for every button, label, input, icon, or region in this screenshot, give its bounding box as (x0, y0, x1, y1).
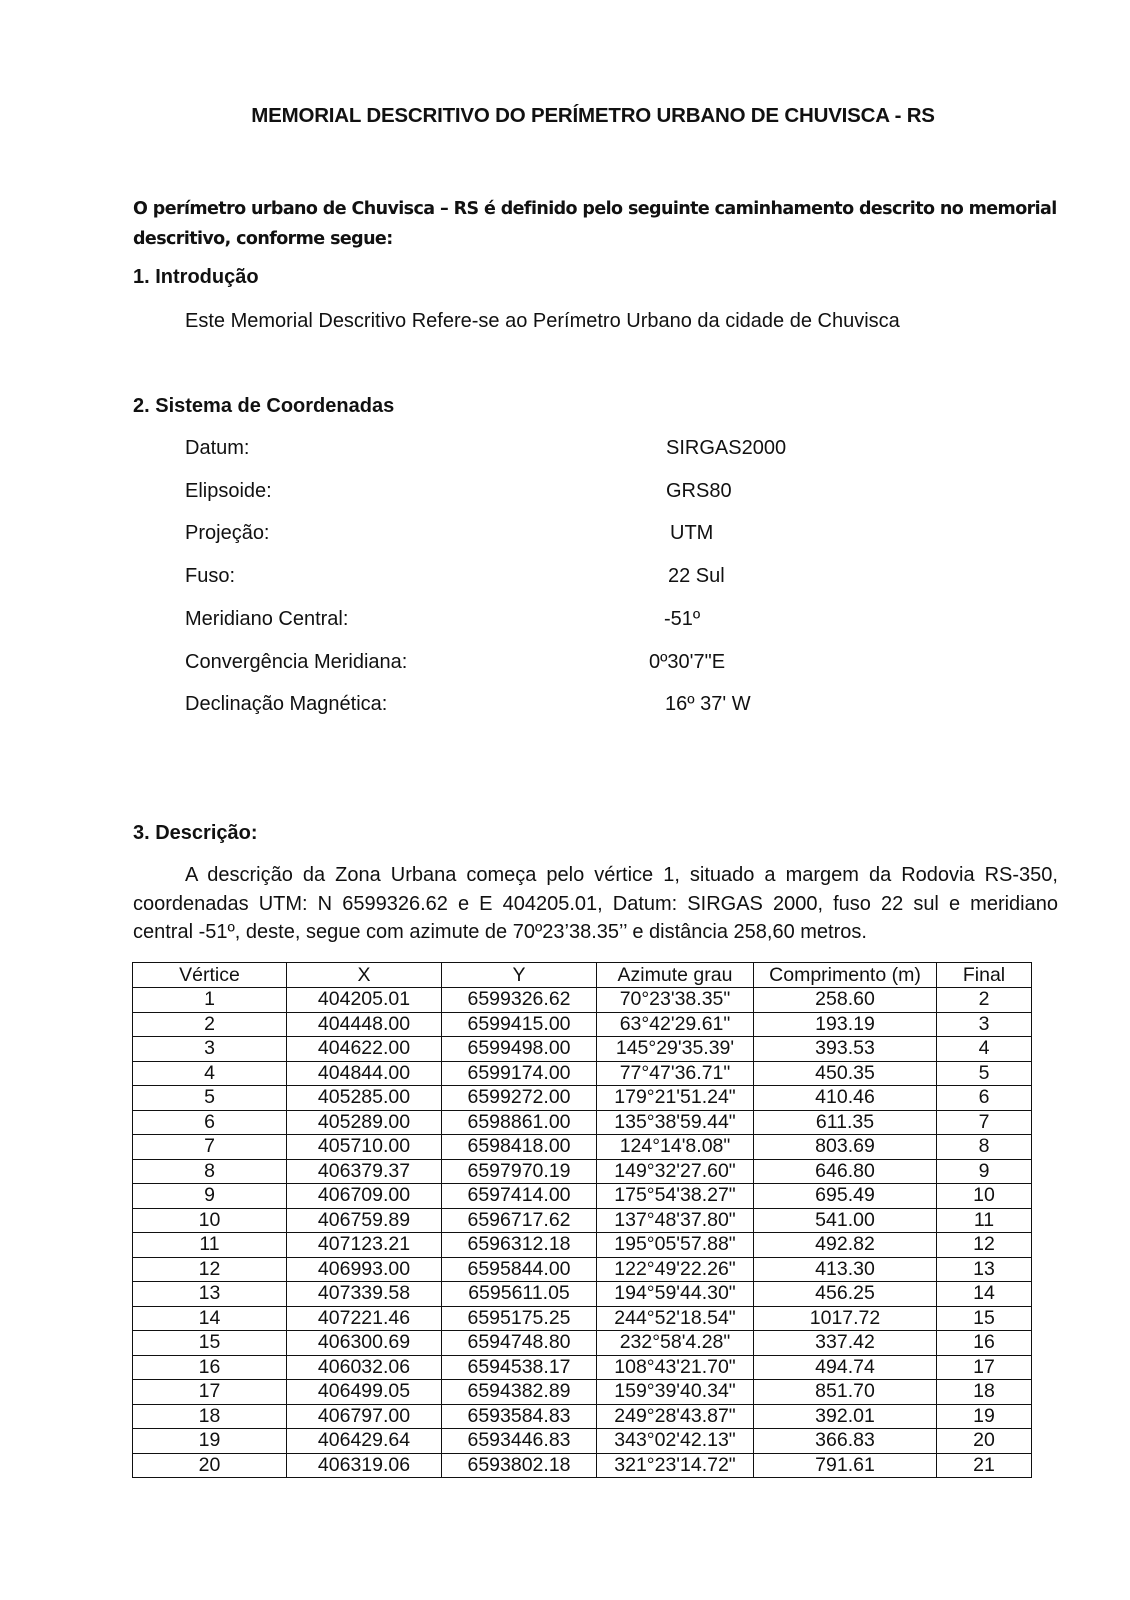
coordinate-value: 16º 37' W (665, 693, 751, 716)
table-cell: 406429.64 (287, 1429, 442, 1454)
document-title: MEMORIAL DESCRITIVO DO PERÍMETRO URBANO … (0, 104, 1130, 128)
table-row: 12406993.006595844.00122°49'22.26"413.30… (133, 1257, 1032, 1282)
table-body: 1404205.016599326.6270°23'38.35"258.6022… (133, 988, 1032, 1478)
table-row: 14407221.466595175.25244°52'18.54"1017.7… (133, 1306, 1032, 1331)
table-cell: 194°59'44.30" (597, 1282, 754, 1307)
section-1-text: Este Memorial Descritivo Refere-se ao Pe… (185, 310, 900, 333)
section-2-heading: 2. Sistema de Coordenadas (133, 395, 394, 418)
table-cell: 159°39'40.34" (597, 1380, 754, 1405)
table-cell: 6598418.00 (442, 1135, 597, 1160)
table-cell: 179°21'51.24" (597, 1086, 754, 1111)
table-cell: 6595175.25 (442, 1306, 597, 1331)
table-cell: 149°32'27.60" (597, 1159, 754, 1184)
table-cell: 6597970.19 (442, 1159, 597, 1184)
table-cell: 17 (133, 1380, 287, 1405)
table-cell: 405285.00 (287, 1086, 442, 1111)
table-row: 3404622.006599498.00145°29'35.39'393.534 (133, 1037, 1032, 1062)
table-cell: 611.35 (754, 1110, 937, 1135)
table-row: 16406032.066594538.17108°43'21.70"494.74… (133, 1355, 1032, 1380)
section-1-heading: 1. Introdução (133, 266, 259, 289)
column-header: Y (442, 963, 597, 988)
table-cell: 7 (133, 1135, 287, 1160)
table-cell: 3 (133, 1037, 287, 1062)
table-cell: 137°48'37.80" (597, 1208, 754, 1233)
table-cell: 6599326.62 (442, 988, 597, 1013)
table-cell: 12 (937, 1233, 1032, 1258)
table-cell: 70°23'38.35" (597, 988, 754, 1013)
table-row: 1404205.016599326.6270°23'38.35"258.602 (133, 988, 1032, 1013)
table-cell: 13 (133, 1282, 287, 1307)
table-cell: 1 (133, 988, 287, 1013)
column-header: Comprimento (m) (754, 963, 937, 988)
table-cell: 6594748.80 (442, 1331, 597, 1356)
table-cell: 450.35 (754, 1061, 937, 1086)
table-cell: 6593446.83 (442, 1429, 597, 1454)
table-row: 13407339.586595611.05194°59'44.30"456.25… (133, 1282, 1032, 1307)
table-cell: 2 (937, 988, 1032, 1013)
coordinate-value: -51º (664, 608, 700, 631)
table-cell: 9 (133, 1184, 287, 1209)
table-cell: 9 (937, 1159, 1032, 1184)
coordinate-label: Meridiano Central: (185, 608, 348, 631)
table-cell: 407339.58 (287, 1282, 442, 1307)
table-cell: 456.25 (754, 1282, 937, 1307)
coordinate-label: Projeção: (185, 522, 270, 545)
table-cell: 851.70 (754, 1380, 937, 1405)
table-cell: 13 (937, 1257, 1032, 1282)
table-cell: 407123.21 (287, 1233, 442, 1258)
column-header: Azimute grau (597, 963, 754, 988)
table-cell: 406300.69 (287, 1331, 442, 1356)
table-row: 5405285.006599272.00179°21'51.24"410.466 (133, 1086, 1032, 1111)
table-cell: 249°28'43.87" (597, 1404, 754, 1429)
table-cell: 8 (937, 1135, 1032, 1160)
table-cell: 193.19 (754, 1012, 937, 1037)
table-cell: 695.49 (754, 1184, 937, 1209)
table-cell: 14 (133, 1306, 287, 1331)
table-row: 18406797.006593584.83249°28'43.87"392.01… (133, 1404, 1032, 1429)
table-cell: 6593584.83 (442, 1404, 597, 1429)
table-cell: 405289.00 (287, 1110, 442, 1135)
table-cell: 6597414.00 (442, 1184, 597, 1209)
table-cell: 404622.00 (287, 1037, 442, 1062)
table-cell: 406032.06 (287, 1355, 442, 1380)
table-cell: 6599174.00 (442, 1061, 597, 1086)
table-cell: 17 (937, 1355, 1032, 1380)
table-row: 6405289.006598861.00135°38'59.44"611.357 (133, 1110, 1032, 1135)
table-cell: 15 (937, 1306, 1032, 1331)
table-cell: 77°47'36.71" (597, 1061, 754, 1086)
table-cell: 244°52'18.54" (597, 1306, 754, 1331)
table-cell: 19 (937, 1404, 1032, 1429)
table-cell: 406759.89 (287, 1208, 442, 1233)
coordinate-value: GRS80 (666, 480, 732, 503)
table-cell: 393.53 (754, 1037, 937, 1062)
coordinate-value: 22 Sul (668, 565, 725, 588)
table-cell: 407221.46 (287, 1306, 442, 1331)
table-cell: 195°05'57.88" (597, 1233, 754, 1258)
table-row: 8406379.376597970.19149°32'27.60"646.809 (133, 1159, 1032, 1184)
table-cell: 406379.37 (287, 1159, 442, 1184)
coordinate-label: Declinação Magnética: (185, 693, 387, 716)
table-cell: 2 (133, 1012, 287, 1037)
table-cell: 392.01 (754, 1404, 937, 1429)
table-row: 4404844.006599174.0077°47'36.71"450.355 (133, 1061, 1032, 1086)
column-header: Vértice (133, 963, 287, 988)
table-cell: 791.61 (754, 1453, 937, 1478)
table-cell: 343°02'42.13" (597, 1429, 754, 1454)
table-cell: 406319.06 (287, 1453, 442, 1478)
table-row: 15406300.696594748.80232°58'4.28"337.421… (133, 1331, 1032, 1356)
table-cell: 406993.00 (287, 1257, 442, 1282)
coordinate-label: Fuso: (185, 565, 235, 588)
table-cell: 19 (133, 1429, 287, 1454)
table-cell: 406797.00 (287, 1404, 442, 1429)
coordinate-label: Datum: (185, 437, 249, 460)
table-cell: 404844.00 (287, 1061, 442, 1086)
table-cell: 7 (937, 1110, 1032, 1135)
table-row: 7405710.006598418.00124°14'8.08"803.698 (133, 1135, 1032, 1160)
coordinate-value: 0º30'7"E (649, 651, 725, 674)
table-cell: 541.00 (754, 1208, 937, 1233)
table-row: 2404448.006599415.0063°42'29.61"193.193 (133, 1012, 1032, 1037)
table-cell: 15 (133, 1331, 287, 1356)
table-cell: 4 (133, 1061, 287, 1086)
table-cell: 11 (133, 1233, 287, 1258)
table-cell: 20 (937, 1429, 1032, 1454)
table-row: 11407123.216596312.18195°05'57.88"492.82… (133, 1233, 1032, 1258)
table-cell: 6595611.05 (442, 1282, 597, 1307)
table-cell: 6599498.00 (442, 1037, 597, 1062)
table-cell: 410.46 (754, 1086, 937, 1111)
table-cell: 6599415.00 (442, 1012, 597, 1037)
table-cell: 145°29'35.39' (597, 1037, 754, 1062)
table-cell: 8 (133, 1159, 287, 1184)
table-cell: 14 (937, 1282, 1032, 1307)
table-cell: 337.42 (754, 1331, 937, 1356)
table-cell: 20 (133, 1453, 287, 1478)
table-cell: 404205.01 (287, 988, 442, 1013)
table-cell: 108°43'21.70" (597, 1355, 754, 1380)
table-cell: 406709.00 (287, 1184, 442, 1209)
table-cell: 3 (937, 1012, 1032, 1037)
table-cell: 6593802.18 (442, 1453, 597, 1478)
table-cell: 135°38'59.44" (597, 1110, 754, 1135)
table-row: 9406709.006597414.00175°54'38.27"695.491… (133, 1184, 1032, 1209)
coordinate-value: SIRGAS2000 (666, 437, 786, 460)
table-cell: 18 (937, 1380, 1032, 1405)
table-cell: 16 (133, 1355, 287, 1380)
table-cell: 10 (937, 1184, 1032, 1209)
table-row: 10406759.896596717.62137°48'37.80"541.00… (133, 1208, 1032, 1233)
table-cell: 803.69 (754, 1135, 937, 1160)
column-header: Final (937, 963, 1032, 988)
table-cell: 63°42'29.61" (597, 1012, 754, 1037)
table-cell: 6596312.18 (442, 1233, 597, 1258)
coordinate-label: Elipsoide: (185, 480, 272, 503)
table-cell: 6595844.00 (442, 1257, 597, 1282)
table-cell: 366.83 (754, 1429, 937, 1454)
column-header: X (287, 963, 442, 988)
table-cell: 21 (937, 1453, 1032, 1478)
table-cell: 404448.00 (287, 1012, 442, 1037)
table-cell: 492.82 (754, 1233, 937, 1258)
table-row: 20406319.066593802.18321°23'14.72"791.61… (133, 1453, 1032, 1478)
table-cell: 406499.05 (287, 1380, 442, 1405)
table-cell: 6596717.62 (442, 1208, 597, 1233)
table-cell: 232°58'4.28" (597, 1331, 754, 1356)
table-cell: 6599272.00 (442, 1086, 597, 1111)
table-cell: 122°49'22.26" (597, 1257, 754, 1282)
table-cell: 405710.00 (287, 1135, 442, 1160)
table-cell: 321°23'14.72" (597, 1453, 754, 1478)
coordinate-value: UTM (670, 522, 713, 545)
table-cell: 494.74 (754, 1355, 937, 1380)
table-cell: 5 (133, 1086, 287, 1111)
table-cell: 6 (133, 1110, 287, 1135)
section-3-heading: 3. Descrição: (133, 822, 258, 845)
table-cell: 1017.72 (754, 1306, 937, 1331)
table-cell: 646.80 (754, 1159, 937, 1184)
coordinate-label: Convergência Meridiana: (185, 651, 407, 674)
table-cell: 175°54'38.27" (597, 1184, 754, 1209)
table-cell: 6594538.17 (442, 1355, 597, 1380)
table-cell: 5 (937, 1061, 1032, 1086)
table-cell: 10 (133, 1208, 287, 1233)
table-row: 17406499.056594382.89159°39'40.34"851.70… (133, 1380, 1032, 1405)
table-row: 19406429.646593446.83343°02'42.13"366.83… (133, 1429, 1032, 1454)
table-cell: 11 (937, 1208, 1032, 1233)
table-cell: 16 (937, 1331, 1032, 1356)
table-cell: 6 (937, 1086, 1032, 1111)
table-cell: 4 (937, 1037, 1032, 1062)
table-cell: 413.30 (754, 1257, 937, 1282)
vertex-table: VérticeXYAzimute grauComprimento (m)Fina… (132, 962, 1032, 1478)
table-cell: 124°14'8.08" (597, 1135, 754, 1160)
section-3-text: A descrição da Zona Urbana começa pelo v… (133, 861, 1058, 947)
table-cell: 18 (133, 1404, 287, 1429)
table-cell: 6594382.89 (442, 1380, 597, 1405)
table-cell: 12 (133, 1257, 287, 1282)
lead-paragraph: O perímetro urbano de Chuvisca – RS é de… (133, 194, 1073, 254)
table-cell: 258.60 (754, 988, 937, 1013)
table-header-row: VérticeXYAzimute grauComprimento (m)Fina… (133, 963, 1032, 988)
table-cell: 6598861.00 (442, 1110, 597, 1135)
